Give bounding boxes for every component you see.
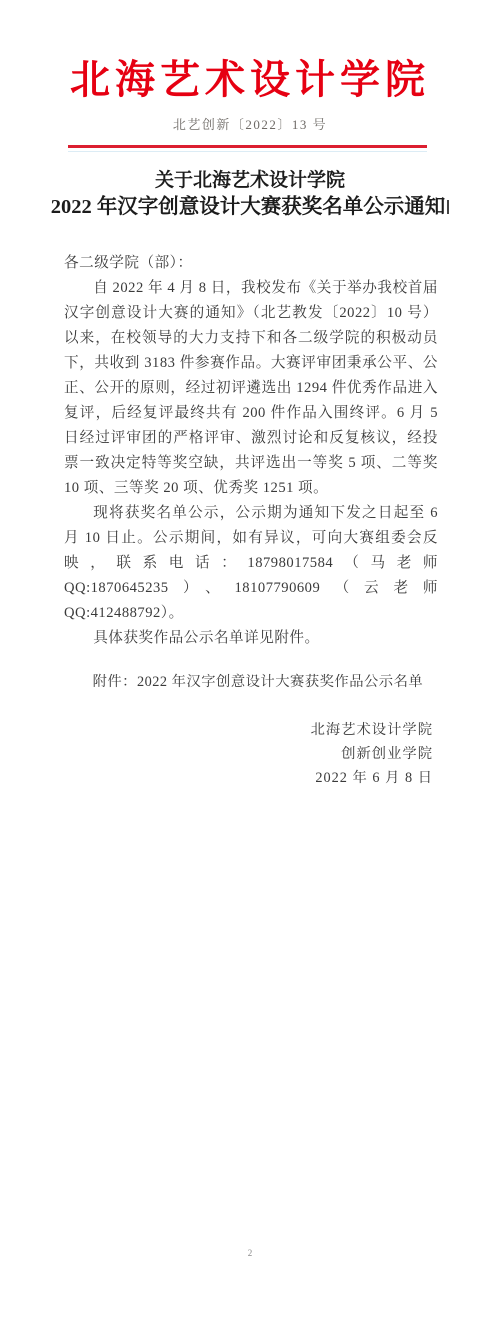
attachment-note-line: 附件：2022 年汉字创意设计大赛获奖作品公示名单 [64, 671, 444, 691]
notice-title-line2-row: 2022 年汉字创意设计大赛获奖名单公示通知 [0, 194, 500, 220]
page-number-2: 2 [0, 1248, 500, 1258]
document-reference-number: 北艺创新〔2022〕13 号 [0, 114, 500, 133]
body-paragraph-2: 现将获奖名单公示，公示期为通知下发之日起至 6 月 10 日止。公示期间，如有异… [64, 501, 438, 626]
body-paragraph-1: 自 2022 年 4 月 8 日，我校发布《关于举办我校首届汉字创意设计大赛的通… [64, 276, 438, 501]
salutation-line: 各二级学院（部）： [64, 251, 438, 276]
signature-block: 北海艺术设计学院 创新创业学院 2022 年 6 月 8 日 [311, 718, 433, 790]
notice-title-line1: 关于北海艺术设计学院 [0, 168, 500, 194]
notice-body: 各二级学院（部）： 自 2022 年 4 月 8 日，我校发布《关于举办我校首届… [64, 251, 438, 651]
page-number-1: 1 [0, 632, 500, 642]
notice-title: 关于北海艺术设计学院 2022 年汉字创意设计大赛获奖名单公示通知 [0, 168, 500, 220]
signature-date: 2022 年 6 月 8 日 [311, 766, 433, 790]
red-header-institution-title: 北海艺术设计学院 [0, 48, 500, 105]
notice-title-line2: 2022 年汉字创意设计大赛获奖名单公示通知 [51, 196, 446, 218]
signature-department: 创新创业学院 [311, 742, 433, 766]
divider-shadow-line [68, 151, 427, 152]
signature-institution: 北海艺术设计学院 [311, 718, 433, 742]
text-cursor [447, 200, 449, 214]
red-header-divider-line [68, 145, 427, 148]
official-notice-document: 北海艺术设计学院 北艺创新〔2022〕13 号 关于北海艺术设计学院 2022 … [0, 0, 500, 1324]
